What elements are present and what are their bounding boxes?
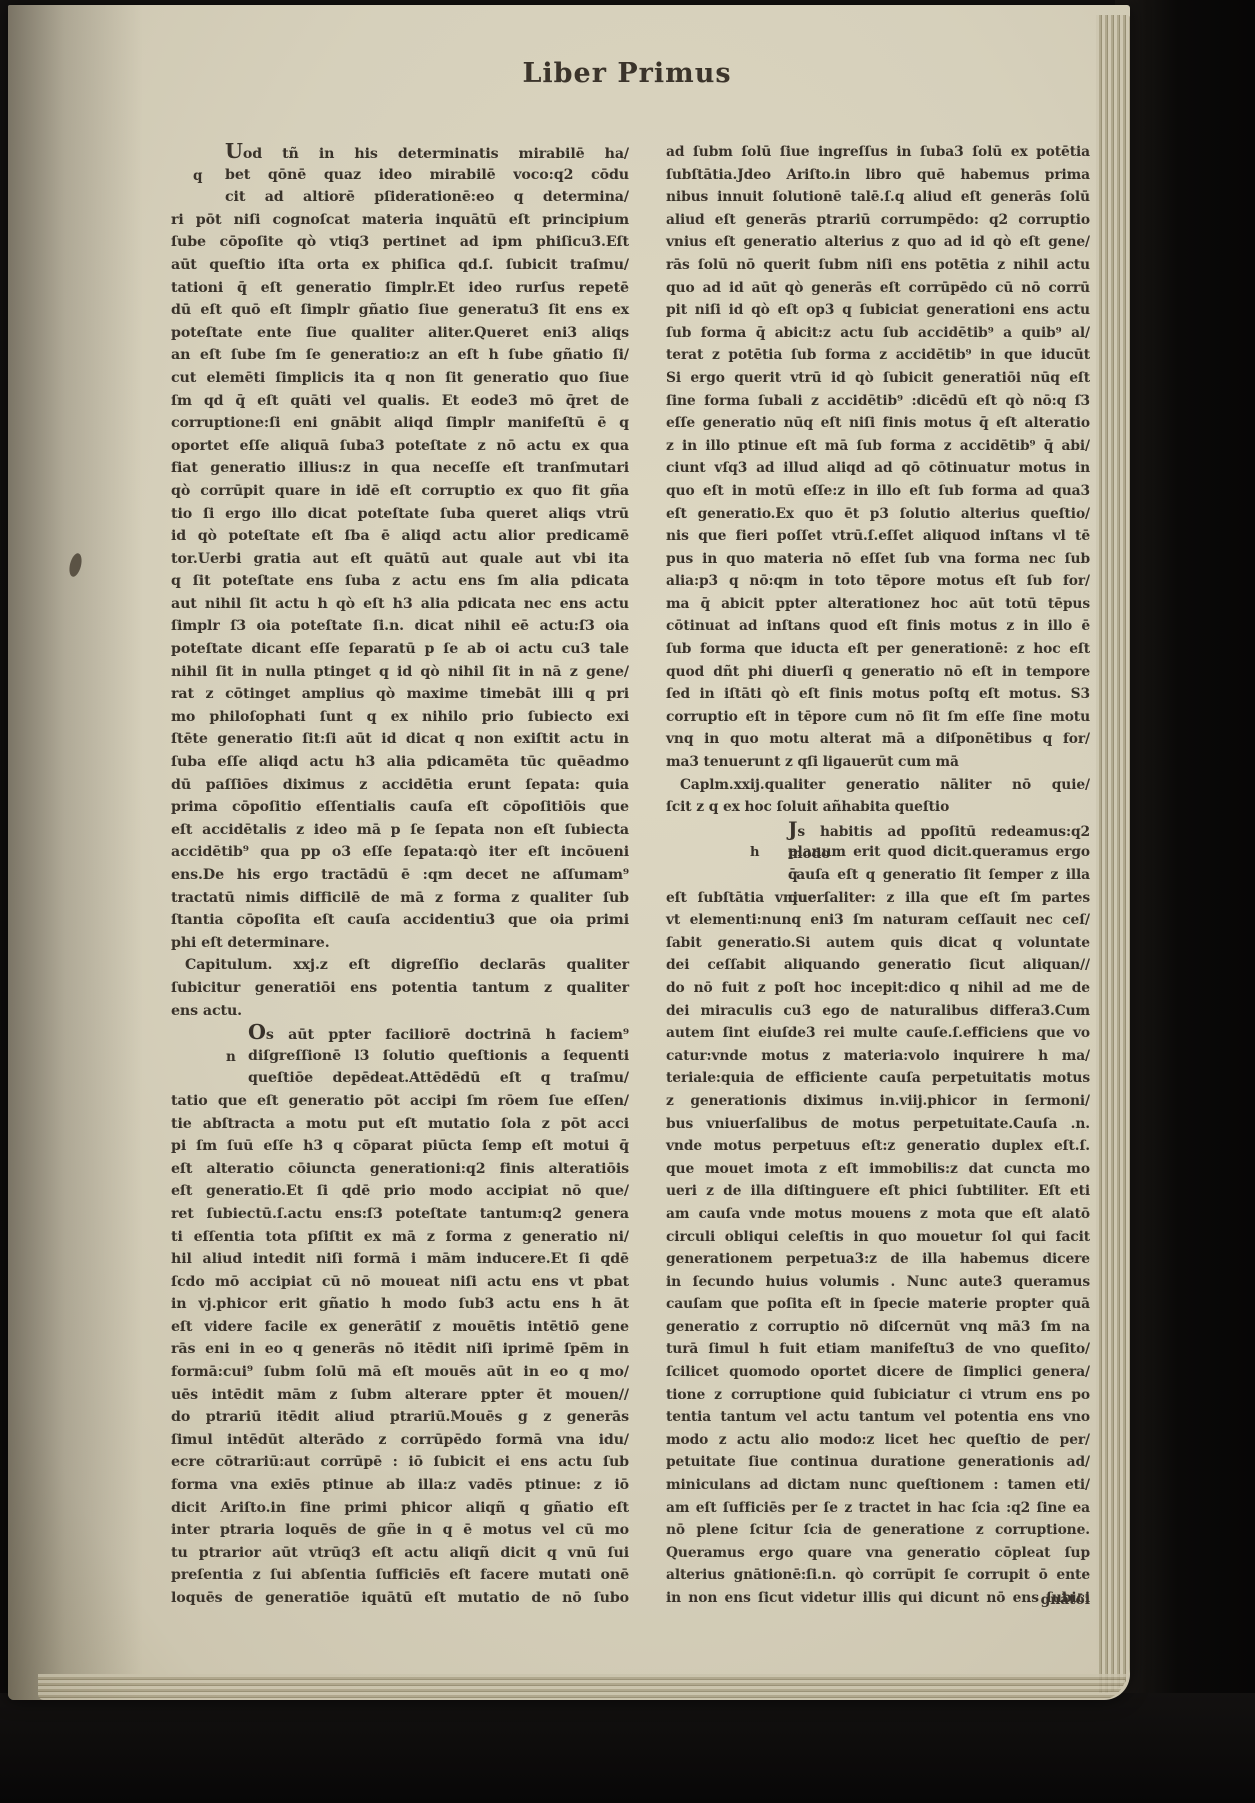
- guide-letter: h: [750, 842, 759, 865]
- text-line: eſt alteratio cōiuncta generationi:q2 fi…: [171, 1158, 629, 1181]
- text-line: tor.Uerbi gratia aut eſt quātū aut quale…: [171, 548, 629, 571]
- text-line: pus in quo materia nō eſſet ſub vna form…: [666, 548, 1090, 571]
- text-line: eſt videre facile ex generātiſ z mouētis…: [171, 1316, 629, 1339]
- text-line: an eſt ſube ſm ſe generatio:z an eſt h ſ…: [171, 344, 629, 367]
- text-line: id qò poteſtate eſt ſba ē aliqd actu ali…: [171, 525, 629, 548]
- chapter-heading-line: Caplm.xxij.qualiter generatio nāliter nō…: [666, 774, 1090, 797]
- text-line: ecre cōtrariū:aut corrūpē : iō ſubicit e…: [171, 1451, 629, 1474]
- text-line: ret ſubiectū.ſ.actu ens:ſ3 poteſtate tan…: [171, 1203, 629, 1226]
- text-line: diſgreſſionē l3 ſolutio queſtionis a ſeq…: [171, 1045, 629, 1068]
- text-line: dū eſt quō eſt ſimplr gñatio ſiue genera…: [171, 299, 629, 322]
- text-line: cōtinuat ad inſtans quod eſt finis motus…: [666, 615, 1090, 638]
- text-line: tatio que eſt generatio pōt accipi ſm rō…: [171, 1090, 629, 1113]
- text-line: in ſecundo huius volumis . Nunc aute3 qu…: [666, 1271, 1090, 1294]
- text-line: petuitate ſiue continua duratione genera…: [666, 1451, 1090, 1474]
- text-line: do ptrariū itēdit aliud ptrariū.Mouēs g …: [171, 1406, 629, 1429]
- text-line: circuli obliqui celeſtis in quo mouetur …: [666, 1226, 1090, 1249]
- text-line: ri pōt niſi cognoſcat materia inquātū eſ…: [171, 209, 629, 232]
- text-line: quo eſt in motū eſſe:z in illo eſt ſub f…: [666, 480, 1090, 503]
- text-line: ens.De his ergo tractādū ē :qm decet ne …: [171, 864, 629, 887]
- text-line: queſtiōe depēdeat.Attēdēdū eſt q traſmu/: [171, 1067, 629, 1090]
- text-line: quod dñt phi diuerſi q generatio nō eſt …: [666, 661, 1090, 684]
- text-line: rās ſolū nō querit ſubm niſi ens potētia…: [666, 254, 1090, 277]
- text-line: cauſam que poſita eſt in ſpecie materie …: [666, 1293, 1090, 1316]
- text-line: aut nihil ſit actu h qò eſt h3 alia pdic…: [171, 593, 629, 616]
- text-line: forma vna exiēs ptinue ab illa:z vadēs p…: [171, 1474, 629, 1497]
- text-line: dicit Ariſto.in fine primi phicor aliqñ …: [171, 1497, 629, 1520]
- text-line: do nō fuit z poſt hoc incepit:dico q nih…: [666, 977, 1090, 1000]
- text-line: mo philoſophati ſunt q ex nihilo prio ſu…: [171, 706, 629, 729]
- text-column-right: ad ſubm ſolū ſiue ingreſſus in ſuba3 ſol…: [666, 141, 1090, 1610]
- text-line: ſimul intēdūt alterādo z corrūpēdo formā…: [171, 1429, 629, 1452]
- text-line: ma q̄ abicit ppter alterationez hoc aūt …: [666, 593, 1090, 616]
- text-line: vt elementi:nunq eni3 ſm naturam ceſſaui…: [666, 909, 1090, 932]
- text-line: ſtantia cōpoſita eſt cauſa accidentiu3 q…: [171, 909, 629, 932]
- text-line: ad ſubm ſolū ſiue ingreſſus in ſuba3 ſol…: [666, 141, 1090, 164]
- text-line: eſt ſubſtātia vniuerſaliter: z illa que …: [666, 887, 1090, 910]
- text-line: ſube cōpoſite qò vtiq3 pertinet ad ipm p…: [171, 231, 629, 254]
- text-line: ma3 tenuerunt z qſi ligauerūt cum mā: [666, 751, 1090, 774]
- guide-letter: q: [193, 165, 202, 188]
- text-line: ſine forma ſubali z accidētib⁹ :dicēdū e…: [666, 390, 1090, 413]
- text-line: phi eſt determinare.: [171, 932, 629, 955]
- page-edge-right: [1096, 15, 1130, 1693]
- page-scan: Liber Primus Uod tñ in his determinatis …: [0, 0, 1255, 1803]
- text-line: modo z actu alio modo:z licet hec queſti…: [666, 1429, 1090, 1452]
- text-line: poteſtate dicant eſſe ſeparatū p ſe ab o…: [171, 638, 629, 661]
- text-line: in vj.phicor erit gñatio h modo ſub3 act…: [171, 1293, 629, 1316]
- text-line: vnde motus perpetuus eſt:z generatio dup…: [666, 1135, 1090, 1158]
- text-line: am cauſa vnde motus mouens z mota que eſ…: [666, 1203, 1090, 1226]
- text-line: ſcdo mō accipiat cū nō moueat niſi actu …: [171, 1271, 629, 1294]
- text-line: tentia tantum vel actu tantum vel potent…: [666, 1406, 1090, 1429]
- text-line: formā:cui⁹ ſubm ſolū mā eſt mouēs aūt in…: [171, 1361, 629, 1384]
- text-line: corruptione:ſi eni gnābit aliqd ſimplr m…: [171, 412, 629, 435]
- text-line: ſm qd q̄ eſt quāti vel qualis. Et eode3 …: [171, 390, 629, 413]
- text-line: Os aūt ppter faciliorē doctrinā h faciem…: [171, 1022, 629, 1045]
- text-line: prima cōpoſitio eſſentialis cauſa eſt cō…: [171, 796, 629, 819]
- text-line: ſcilicet quomodo oportet dicere de ſimpl…: [666, 1361, 1090, 1384]
- text-line: generatio z corruptio nō diſcernūt vnq m…: [666, 1316, 1090, 1339]
- catchword: gnātōi: [666, 1592, 1090, 1608]
- text-line: ſimplr ſ3 oia poteſtate ſi.n. dicat nihi…: [171, 615, 629, 638]
- text-line: ſtēte generatio ſit:ſi aūt id dicat q no…: [171, 728, 629, 751]
- text-line: tationi q̄ eſt generatio ſimplr.Et ideo …: [171, 277, 629, 300]
- text-line: Js habitis ad ppoſitū redeamus:q2 modo: [666, 819, 1090, 842]
- text-line: quo ad id aūt qò generās eſt corrūpēdo c…: [666, 277, 1090, 300]
- text-line: catur:vnde motus z materia:volo inquirer…: [666, 1045, 1090, 1068]
- text-line: cauſa eſt q generatio ſit ſemper z illa …: [666, 864, 1090, 887]
- text-line: rās eni in eo q generās nō itēdit niſi i…: [171, 1338, 629, 1361]
- chapter-heading-line: ens actu.: [171, 1000, 629, 1023]
- text-line: terat z potētia ſub forma z accidētib⁹ i…: [666, 344, 1090, 367]
- text-line: ſuba eſſe aliqd actu h3 alia pdicamēta t…: [171, 751, 629, 774]
- text-line: rat z cōtinget amplius qò maxime timebāt…: [171, 683, 629, 706]
- text-line: vnq in quo motu alterat mā a diſponētibu…: [666, 728, 1090, 751]
- text-line: ti eſſentia tota pſiſtit ex mā z forma z…: [171, 1226, 629, 1249]
- text-line: Uod tñ in his determinatis mirabilē ha/: [171, 141, 629, 164]
- guide-letter: n: [226, 1046, 236, 1069]
- text-line: fiat generatio illius:z in qua neceſſe e…: [171, 457, 629, 480]
- text-line: ſubſtātia.Jdeo Ariſto.in libro quē habem…: [666, 164, 1090, 187]
- text-line: ciunt vſq3 ad illud aliqd ad qō cōtinuat…: [666, 457, 1090, 480]
- text-line: aliud eſt generās ptrariū corrumpēdo: q2…: [666, 209, 1090, 232]
- text-line: bus vniuerſalibus de motus perpetuitate.…: [666, 1113, 1090, 1136]
- text-line: tractatū nimis difficilē de mā z forma z…: [171, 887, 629, 910]
- text-line: eſt generatio.Et ſi qdē prio modo accipi…: [171, 1180, 629, 1203]
- text-line: dei miraculis cu3 ego de naturalibus dif…: [666, 1000, 1090, 1023]
- text-line: qò corrūpit quare in idē eſt corruptio e…: [171, 480, 629, 503]
- text-line: miniculans ad dictam nunc queſtionem : t…: [666, 1474, 1090, 1497]
- text-line: uēs intēdit mām z ſubm alterare ppter ēt…: [171, 1384, 629, 1407]
- text-line: am eſt ſufficiēs per ſe z tractet in hac…: [666, 1497, 1090, 1520]
- text-line: corruptio eſt in tēpore cum nō ſit ſm eſ…: [666, 706, 1090, 729]
- text-line: preſentia z ſui abſentia ſufficiēs eſt f…: [171, 1564, 629, 1587]
- text-line: tie abſtracta a motu put eſt mutatio ſol…: [171, 1113, 629, 1136]
- text-line: z in illo ptinue eſt mā ſub forma z acci…: [666, 435, 1090, 458]
- text-line: nibus innuit ſolutionē talē.ſ.q aliud eſ…: [666, 186, 1090, 209]
- text-line: pi ſm ſuū eſſe h3 q cōparat piūcta ſemp …: [171, 1135, 629, 1158]
- text-line: ſub forma q̄ abicit:z actu ſub accidētib…: [666, 322, 1090, 345]
- chapter-heading-line: Capitulum. xxj.z eſt digreſſio declarās …: [171, 954, 629, 977]
- text-line: oportet eſſe aliquā ſuba3 poteſtate z nō…: [171, 435, 629, 458]
- dark-background-right: [1115, 0, 1255, 1803]
- text-column-left: Uod tñ in his determinatis mirabilē ha/b…: [171, 141, 629, 1610]
- text-line: cut elemēti ſimplicis ita q non ſit gene…: [171, 367, 629, 390]
- text-line: eſt accidētalis z ideo mā p ſe ſepata no…: [171, 819, 629, 842]
- text-line: alterius gnātionē:ſi.n. qò corrūpit ſe c…: [666, 1564, 1090, 1587]
- running-title: Liber Primus: [164, 58, 1090, 89]
- text-line: planum erit quod dicit.queramus ergo q̄h: [666, 841, 1090, 864]
- text-line: ſub forma que iducta eſt per generationē…: [666, 638, 1090, 661]
- text-line: hil aliud intedit niſi formā i mām induc…: [171, 1248, 629, 1271]
- text-line: nis que fieri poſſet vtrū.ſ.eſſet aliquo…: [666, 525, 1090, 548]
- text-line: Queramus ergo quare vna generatio cōplea…: [666, 1542, 1090, 1565]
- chapter-heading-line: ſubicitur generatiōi ens potentia tantum…: [171, 977, 629, 1000]
- text-line: aūt queſtio iſta orta ex phiſica qd.ſ. ſ…: [171, 254, 629, 277]
- text-line: teriale:quia de efficiente cauſa perpetu…: [666, 1067, 1090, 1090]
- text-line: tio ſi ergo illo dicat poteſtate ſuba qu…: [171, 503, 629, 526]
- text-line: eſt generatio.Ex quo ēt p3 ſolutio alter…: [666, 503, 1090, 526]
- dark-background-bottom: [0, 1693, 1255, 1803]
- text-line: accidētib⁹ qua pp o3 eſſe ſepata:qò iter…: [171, 841, 629, 864]
- text-line: dū paſſiōes diximus z accidētia erunt ſe…: [171, 774, 629, 797]
- page-edge-bottom: [38, 1674, 1126, 1700]
- text-line: q ſit poteſtate ens ſuba z actu ens ſm a…: [171, 570, 629, 593]
- text-line: turā ſimul h fuit etiam manifeſtu3 de vn…: [666, 1338, 1090, 1361]
- text-line: ſed in iſtāti qò eſt finis motus poſtq e…: [666, 683, 1090, 706]
- text-line: pit niſi id qò eſt op3 q ſubiciat genera…: [666, 299, 1090, 322]
- text-line: tu ptrarior aūt vtrūq3 eſt actu aliqñ di…: [171, 1542, 629, 1565]
- text-line: autem ſint eiuſde3 rei multe cauſe.ſ.eff…: [666, 1022, 1090, 1045]
- text-line: inter ptraria loquēs de gñe in q ē motus…: [171, 1519, 629, 1542]
- text-line: nihil ſit in nulla ptinget q id qò nihil…: [171, 661, 629, 684]
- text-line: eſſe generatio nūq eſt niſi finis motus …: [666, 412, 1090, 435]
- text-line: loquēs de generatiōe iquātū eſt mutatio …: [171, 1587, 629, 1610]
- gutter-shadow: [8, 5, 143, 1700]
- text-line: Si ergo querit vtrū id qò ſubicit genera…: [666, 367, 1090, 390]
- text-line: dei ceſſabit aliquando generatio ſicut a…: [666, 954, 1090, 977]
- text-line: nō plene ſcitur ſcia de generatione z co…: [666, 1519, 1090, 1542]
- text-line: tione z corruptione quid ſubiciatur ci v…: [666, 1384, 1090, 1407]
- text-line: generationem perpetua3:z de illa habemus…: [666, 1248, 1090, 1271]
- text-line: bet qōnē quaz ideo mirabilē voco:q2 cōdu…: [171, 164, 629, 187]
- text-line: poteſtate ente ſiue qualiter aliter.Quer…: [171, 322, 629, 345]
- chapter-heading-line: ſcit z q ex hoc ſoluit añhabita queſtio: [666, 796, 1090, 819]
- text-line: cit ad altiorē pſiderationē:eo q determi…: [171, 186, 629, 209]
- text-line: ueri z de illa diſtinguere eſt phici ſub…: [666, 1180, 1090, 1203]
- text-line: alia:p3 q nō:qm in toto tēpore motus eſt…: [666, 570, 1090, 593]
- text-line: vnius eſt generatio alterius z quo ad id…: [666, 231, 1090, 254]
- text-line: z generationis diximus in.viij.phicor in…: [666, 1090, 1090, 1113]
- text-line: que mouet imota z eſt immobilis:z dat cu…: [666, 1158, 1090, 1181]
- text-line: ſabit generatio.Si autem quis dicat q vo…: [666, 932, 1090, 955]
